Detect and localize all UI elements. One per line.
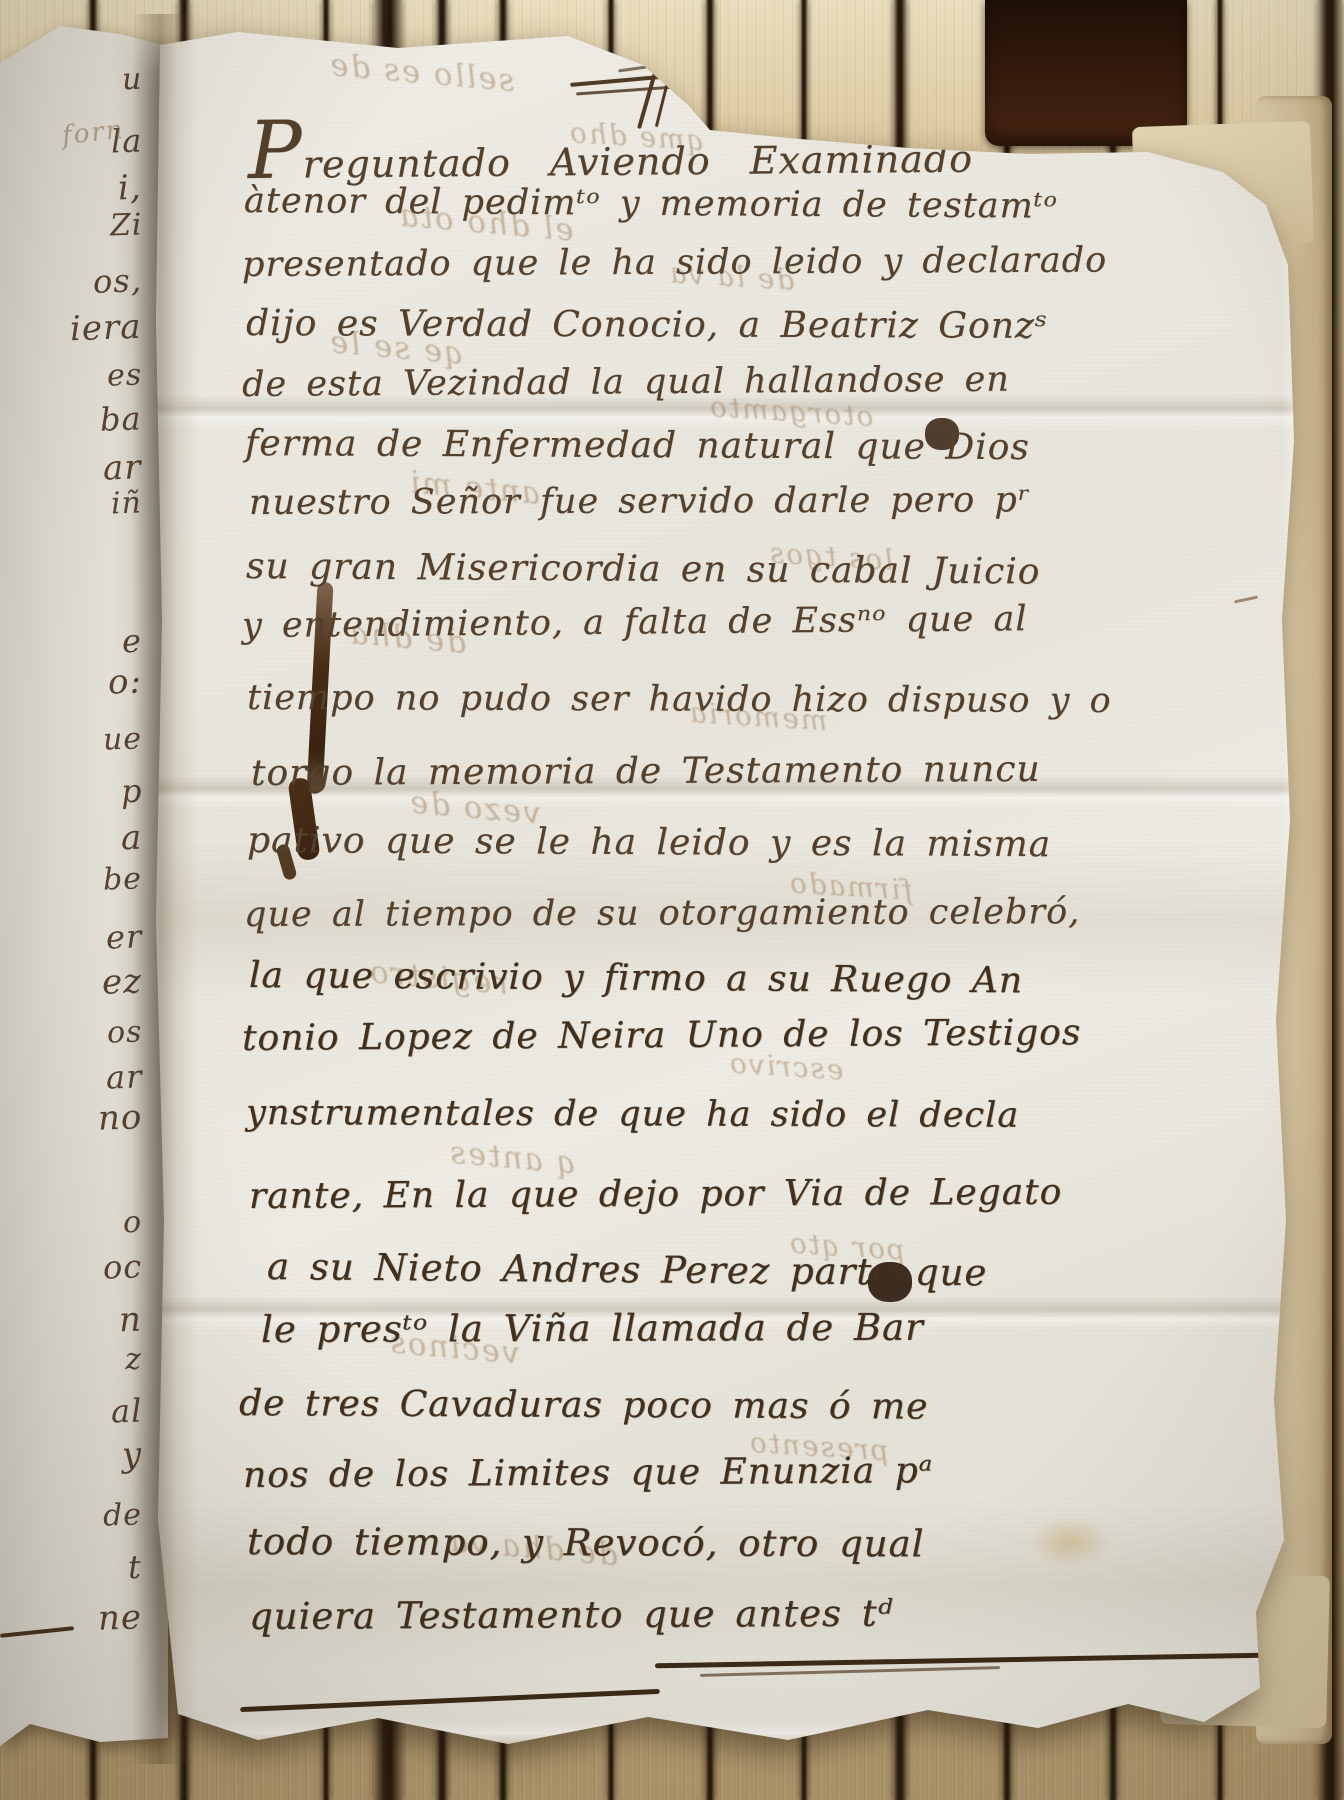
cross-stroke (655, 53, 676, 127)
left-page-text-fragment: o: (107, 661, 142, 702)
main-page: sello es deqme dhoel dho otade la vaqe s… (148, 20, 1308, 1780)
manuscript-line: de tres Cavaduras poco mas ó me (239, 1383, 929, 1428)
left-page-text-fragment: o (122, 1205, 142, 1241)
left-page-text-fragment: i, (118, 168, 143, 209)
manuscript-line: torgo la memoria de Testamento nuncu (251, 749, 1041, 794)
top-flourish: 2 (880, 64, 917, 122)
left-page-text-fragment: ez (101, 961, 142, 1002)
manuscript-line: de esta Vezindad la qual hallandose en (242, 360, 1010, 405)
left-page-text-fragment: ar (105, 1057, 143, 1096)
left-page-text-fragment: a (120, 818, 143, 859)
left-page-underline-stroke (0, 1626, 74, 1638)
left-page-text-fragment: y (121, 1435, 143, 1476)
left-page-text-fragment: no (97, 1097, 143, 1139)
closing-flourish-line (700, 1666, 1000, 1677)
left-page-text-fragment: u (121, 62, 143, 98)
closing-flourish-line (655, 1653, 1265, 1669)
left-page-text-fragment: Zi (109, 207, 143, 243)
manuscript-line: a su Nieto Andres Perez parte que (267, 1245, 988, 1294)
manuscript-line: ynstrumentales de que ha sido el decla (246, 1093, 1019, 1136)
left-page-text-fragment: p (120, 772, 143, 811)
manuscript-line: nuestro Señor fue servido darle pero pʳ (249, 480, 1031, 523)
margin-ink-tick (1234, 596, 1258, 604)
left-page-text-fragment: e (121, 622, 142, 661)
manuscript-photo-scene: ulai,Zios,ieraesbaariñeo:uepabeerezosarn… (0, 0, 1344, 1800)
cross-stroke (618, 61, 682, 72)
manuscript-line: pativo que se le ha leido y es la misma (247, 820, 1051, 865)
left-page-text-fragment: n (118, 1300, 142, 1341)
bleedthrough-marks: sello es de (327, 47, 516, 99)
manuscript-line: su gran Misericordia en su cabal Juicio (246, 546, 1041, 593)
manuscript-line: nos de los Limites que Enunzia pᵃ (243, 1450, 933, 1496)
left-page-text-fragment: ar (103, 447, 143, 488)
manuscript-line: todo tiempo, y Revocó, otro qual (247, 1520, 925, 1565)
manuscript-line: tonio Lopez de Neira Uno de los Testigos (242, 1012, 1082, 1059)
left-page-wrap: ulai,Zios,ieraesbaariñeo:uepabeerezosarn… (0, 18, 168, 1763)
left-page-text-fragment: al (110, 1391, 143, 1430)
left-page-text-fragment: oc (102, 1247, 142, 1286)
manuscript-line: que al tiempo de su otorgamiento celebró… (244, 892, 1080, 935)
left-page-text-fragment: ba (100, 399, 143, 438)
left-page-text-fragment: os (106, 1014, 143, 1050)
cross-stroke (576, 84, 704, 96)
manuscript-line: le presᵗᵒ la Viña llamada de Bar (261, 1306, 924, 1351)
left-page-text-fragment: os, (92, 261, 142, 301)
left-page-text-fragment: iera (70, 307, 143, 349)
left-page-text-fragment: t (127, 1548, 142, 1586)
manuscript-line: quiera Testamento que antes tᵈ (249, 1592, 894, 1638)
manuscript-line: àtenor del pedimᵗᵒ y memoria de testamᵗᵒ (244, 181, 1058, 227)
left-page-text-fragment: iñ (110, 485, 142, 521)
left-page-text-fragment: ue (102, 721, 142, 757)
manuscript-line: tiempo no pudo ser havido hizo dispuso y… (247, 678, 1112, 721)
manuscript-line: y entendimiento, a falta de Essⁿᵒ que al (242, 599, 1028, 646)
left-page-text-fragment: z (125, 1342, 143, 1378)
main-page-wrap: sello es deqme dhoel dho otade la vaqe s… (148, 20, 1308, 1780)
manuscript-line: presentado que le ha sido leido y declar… (242, 240, 1107, 285)
left-page-text-fragment: be (102, 861, 142, 897)
manuscript-line: Preguntado Aviendo Examinado (248, 117, 973, 187)
left-page-text-fragment: de (102, 1497, 142, 1533)
left-page: ulai,Zios,ieraesbaariñeo:uepabeerezosarn… (0, 18, 168, 1763)
closing-flourish-line (240, 1689, 660, 1712)
manuscript-line: dijo es Verdad Conocio, a Beatriz Gonzˢ (246, 303, 1048, 347)
manuscript-line: ferma de Enfermedad natural que Dios (245, 423, 1030, 468)
left-page-text-fragment: er (105, 917, 143, 956)
manuscript-line: la que escrivio y firmo a su Ruego An (249, 955, 1023, 1001)
page-deckle-edge-bottom (148, 1720, 1308, 1750)
page-deckle-edge-right (1282, 20, 1308, 1780)
left-page-text-fragment: ne (97, 1597, 142, 1639)
left-page-text-fragment: es (106, 357, 142, 393)
manuscript-line: rante, En la que dejo por Via de Legato (249, 1172, 1062, 1217)
paper-stain (1028, 1516, 1112, 1568)
